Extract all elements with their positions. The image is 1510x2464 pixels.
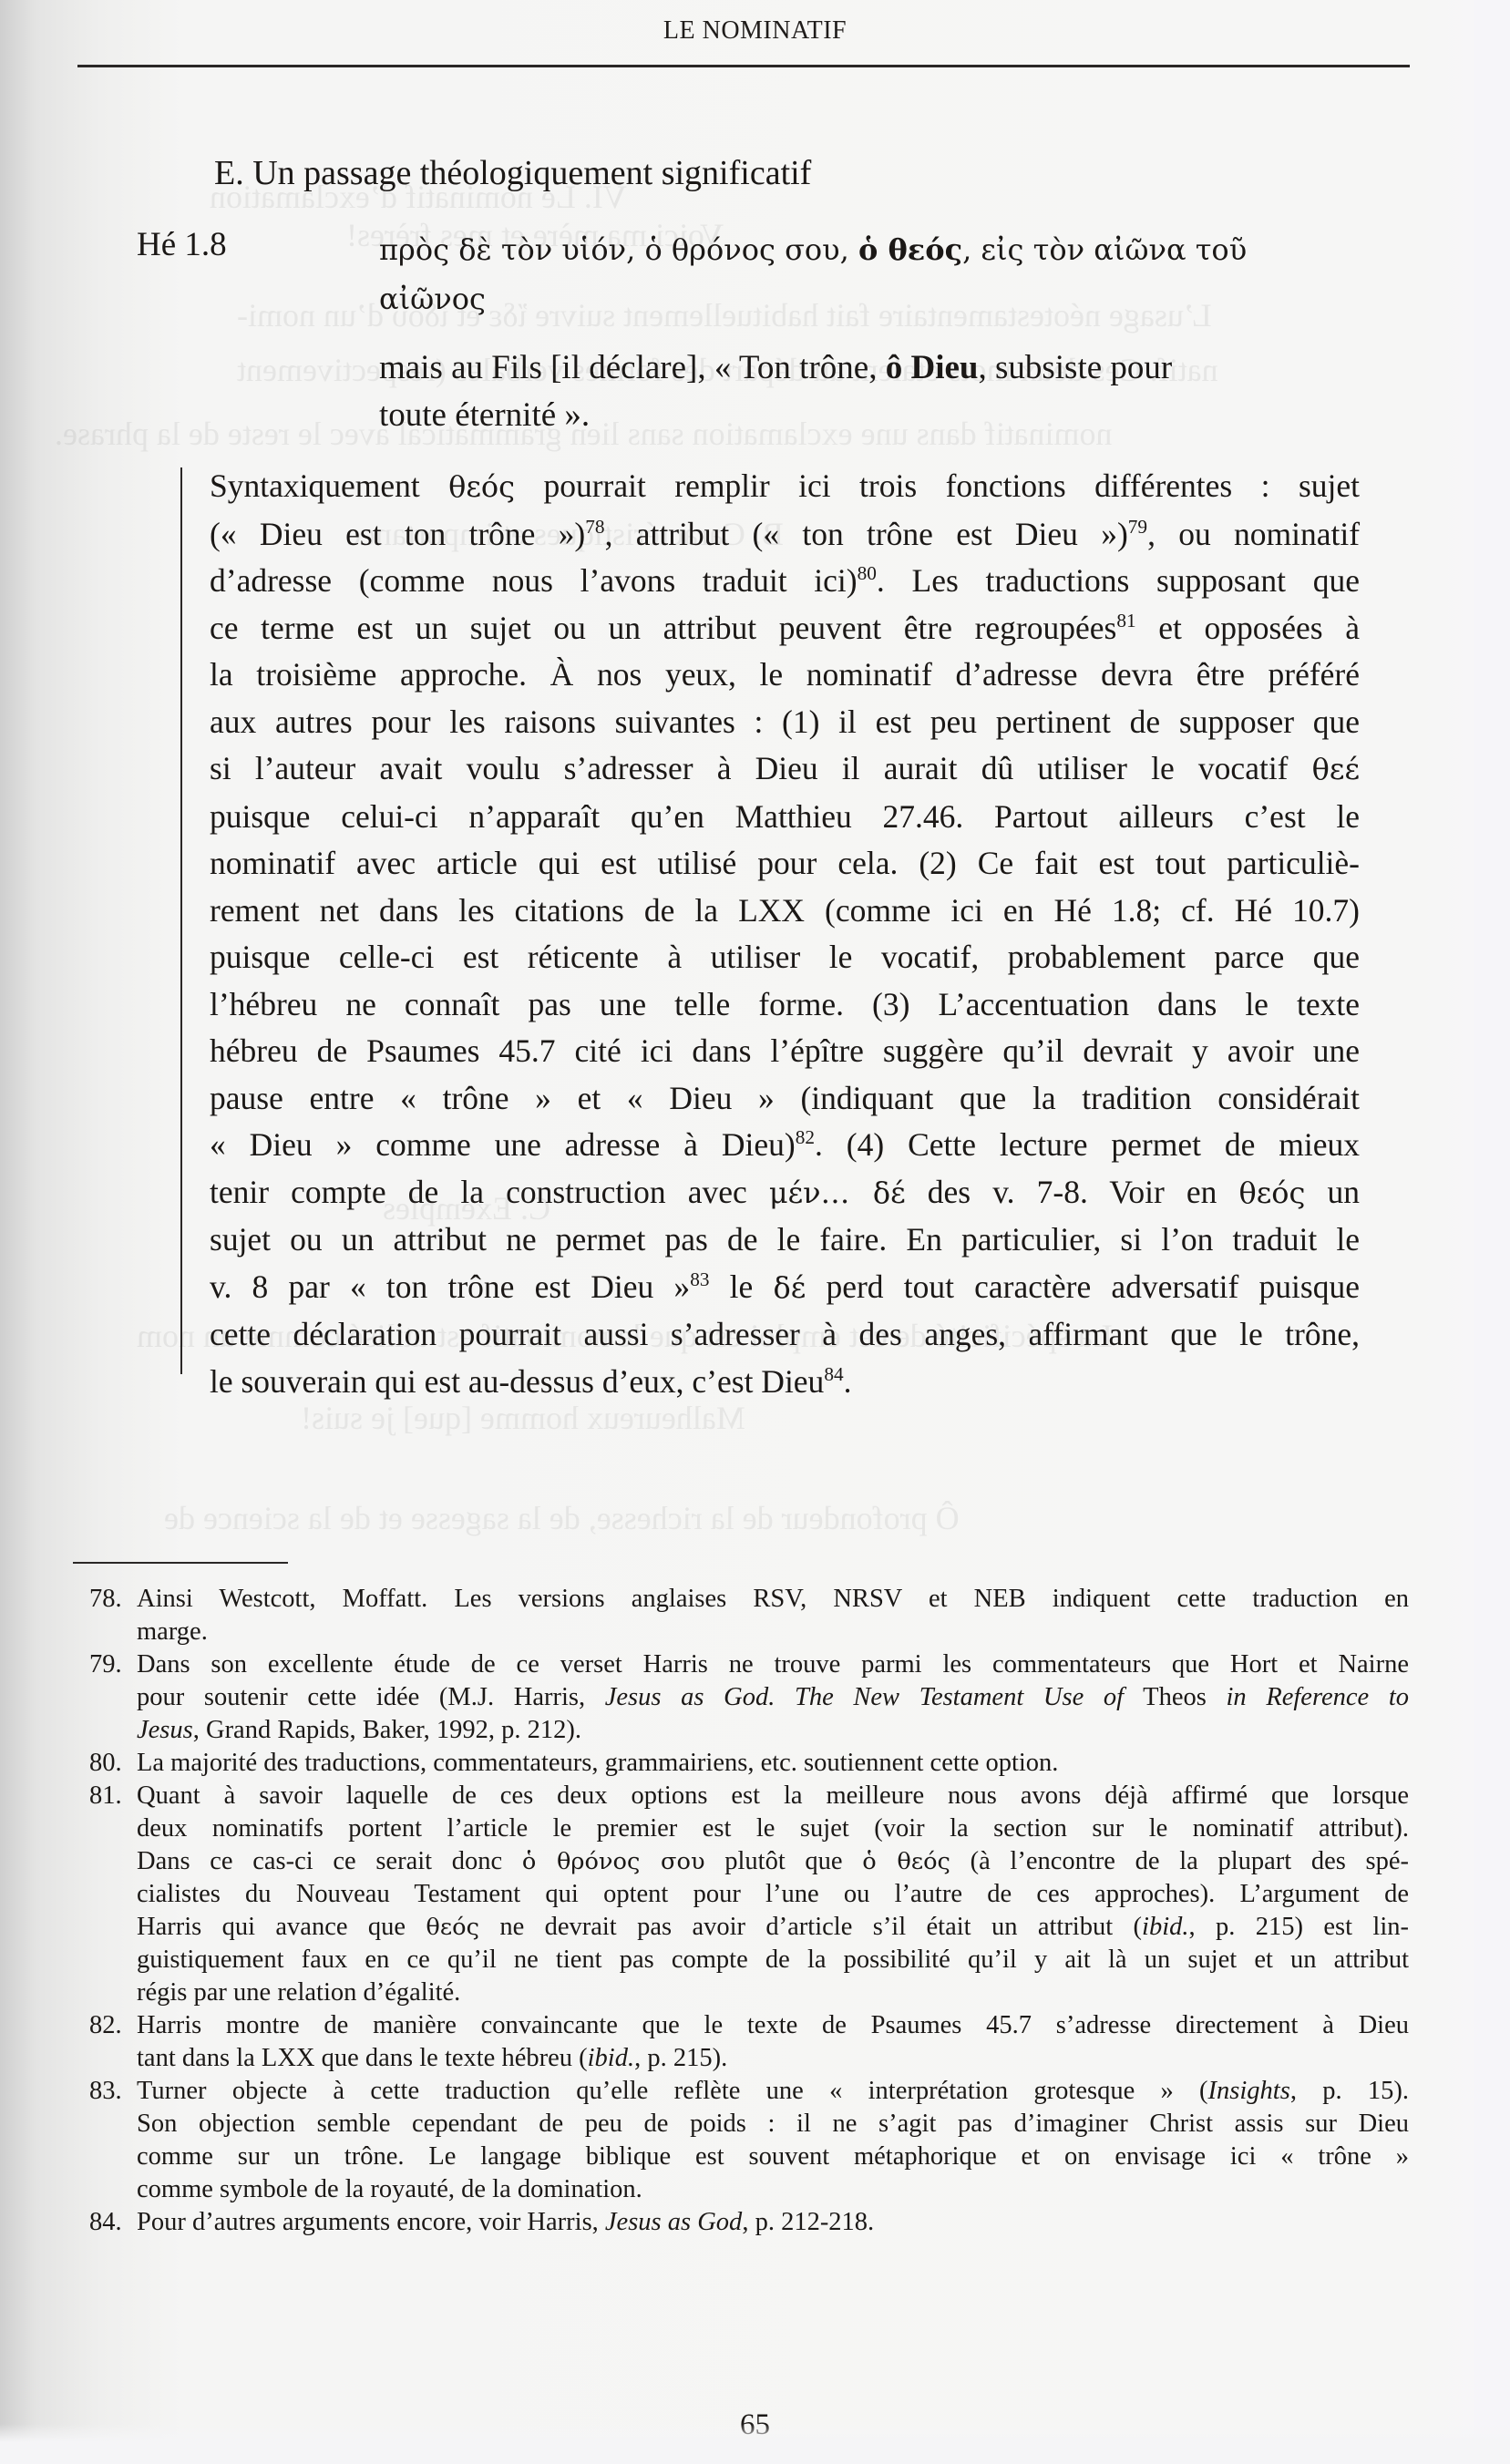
footnote-line: cialistes du Nouveau Testament qui opten…	[137, 1878, 1409, 1911]
italic-title: Jesus as God. The New Testament Use of	[605, 1683, 1124, 1711]
text-run: rement net dans les citations de la LXX …	[210, 892, 1360, 929]
text-run: l’hébreu ne connaît pas une telle forme.…	[210, 986, 1360, 1022]
header-rule	[77, 65, 1410, 67]
text-run: , Grand Rapids, Baker, 1992, p. 212).	[193, 1716, 581, 1744]
footnote-ref[interactable]: 83	[690, 1268, 709, 1290]
discussion-line: « Dieu » comme une adresse à Dieu)82. (4…	[210, 1122, 1360, 1169]
text-run: d’adresse (comme nous l’avons traduit ic…	[210, 562, 858, 599]
text-run: Pour d’autres arguments encore, voir Har…	[137, 2208, 605, 2236]
text-run: plutôt que	[705, 1847, 863, 1875]
footnote-number: 82.	[89, 2009, 135, 2042]
footnote-line: comme symbole de la royauté, de la domin…	[137, 2173, 1409, 2206]
text-run: ce terme est un sujet ou un attribut peu…	[210, 610, 1116, 646]
greek-word: δέ	[774, 1270, 806, 1305]
text-run: Son objection semble cependant de peu de…	[137, 2110, 1409, 2138]
footnote-line: La majorité des traductions, commentateu…	[137, 1747, 1409, 1780]
text-run: un	[1305, 1174, 1360, 1210]
text-run: tenir compte de la construction avec	[210, 1174, 769, 1210]
text-run: pause entre « trône » et « Dieu » (indiq…	[210, 1080, 1360, 1116]
text-run: , p. 215) est lin-	[1189, 1913, 1410, 1941]
discussion-line: pause entre « trône » et « Dieu » (indiq…	[210, 1075, 1360, 1123]
footnote: 83.Turner objecte à cette traduction qu’…	[89, 2075, 1409, 2206]
footnote-number: 83.	[89, 2075, 135, 2108]
italic-title: ibid.	[588, 2044, 634, 2072]
footnote-ref[interactable]: 80	[858, 562, 877, 584]
italic-title: Insights	[1208, 2077, 1290, 2105]
french-translation: mais au Fils [il déclare], « Ton trône, …	[379, 344, 1372, 439]
scan-edge	[1474, 0, 1510, 2464]
footnote-line: Dans ce cas-ci ce serait donc ὁ θρόνος σ…	[137, 1845, 1409, 1878]
footnote: 84.Pour d’autres arguments encore, voir …	[89, 2206, 1409, 2239]
text-run: perd tout caractère adversatif puisque	[806, 1268, 1360, 1305]
discussion-paragraph: Syntaxiquement θεός pourrait remplir ici…	[210, 463, 1360, 1405]
emphasis-theos: ὁ θεός	[858, 232, 962, 267]
footnote-line: comme sur un trône. Le langage biblique …	[137, 2141, 1409, 2173]
text-run: Dans son excellente étude de ce verset H…	[137, 1650, 1409, 1679]
footnote-line: Turner objecte à cette traduction qu’ell…	[137, 2075, 1409, 2108]
discussion-line: si l’auteur avait voulu s’adresser à Die…	[210, 745, 1360, 794]
text-run: Harris qui avance que	[137, 1913, 426, 1941]
italic-title: Jesus as God	[605, 2208, 742, 2236]
greek-word: θεέ	[1312, 752, 1360, 786]
text-run: puisque celle-ci est réticente à utilise…	[210, 939, 1360, 975]
footnote-line: Ainsi Westcott, Moffatt. Les versions an…	[137, 1583, 1409, 1616]
footnote-text: La majorité des traductions, commentateu…	[137, 1747, 1409, 1780]
show-through-text: Ô profondeur de la richesse, de la sages…	[164, 1494, 960, 1542]
footnote: 78.Ainsi Westcott, Moffatt. Les versions…	[89, 1583, 1409, 1648]
text-run: .	[844, 1363, 852, 1400]
footnotes: 78.Ainsi Westcott, Moffatt. Les versions…	[89, 1583, 1409, 2239]
emphasis-dieu: ô Dieu	[886, 349, 979, 386]
text-run: deux nominatifs portent l’article le pre…	[137, 1814, 1409, 1843]
text-run: Ainsi Westcott, Moffatt. Les versions an…	[137, 1585, 1409, 1613]
discussion-line: rement net dans les citations de la LXX …	[210, 888, 1360, 935]
greek-line: αἰῶνος	[379, 274, 1363, 323]
footnote-ref[interactable]: 82	[796, 1126, 815, 1148]
translation-line: toute éternité ».	[379, 392, 1372, 439]
footnote-number: 79.	[89, 1648, 135, 1681]
text-run: , p. 15).	[1290, 2077, 1409, 2105]
text-run: cette déclaration pourrait aussi s’adres…	[210, 1316, 1360, 1352]
text-run: , attribut (« ton trône est Dieu »)	[605, 516, 1128, 552]
text-run: (« Dieu est ton trône »)	[210, 516, 585, 552]
text-run: tant dans la LXX que dans le texte hébre…	[137, 2044, 588, 2072]
footnote-line: régis par une relation d’égalité.	[137, 1976, 1409, 2009]
footnote-text: Pour d’autres arguments encore, voir Har…	[137, 2206, 1409, 2239]
footnote-line: Son objection semble cependant de peu de…	[137, 2108, 1409, 2141]
discussion-line: (« Dieu est ton trône »)78, attribut (« …	[210, 511, 1360, 559]
greek-line: πρὸς δὲ τὸν υἱόν, ὁ θρόνος σου, ὁ θεός, …	[379, 225, 1363, 274]
discussion-line: puisque celle-ci est réticente à utilise…	[210, 934, 1360, 981]
text-run: , p. 212-218.	[742, 2208, 874, 2236]
footnote-text: Quant à savoir laquelle de ces deux opti…	[137, 1780, 1409, 2009]
footnote-line: Jesus, Grand Rapids, Baker, 1992, p. 212…	[137, 1714, 1409, 1747]
discussion-line: ce terme est un sujet ou un attribut peu…	[210, 605, 1360, 652]
discussion-line: d’adresse (comme nous l’avons traduit ic…	[210, 558, 1360, 605]
footnote-line: Quant à savoir laquelle de ces deux opti…	[137, 1780, 1409, 1812]
discussion-line: nominatif avec article qui est utilisé p…	[210, 840, 1360, 888]
text-run: pourrait remplir ici trois fonctions dif…	[515, 467, 1360, 504]
greek-word: ὁ θεός	[862, 1848, 950, 1875]
discussion-line: sujet ou un attribut ne permet pas de le…	[210, 1217, 1360, 1264]
text-run: Turner objecte à cette traduction qu’ell…	[137, 2077, 1208, 2105]
footnote: 79.Dans son excellente étude de ce verse…	[89, 1648, 1409, 1747]
greek-word: θεός	[426, 1914, 479, 1941]
text-run: « Dieu » comme une adresse à Dieu)	[210, 1126, 796, 1163]
discussion-line: cette déclaration pourrait aussi s’adres…	[210, 1311, 1360, 1359]
discussion-line: tenir compte de la construction avec μέν…	[210, 1169, 1360, 1217]
text-run: . Les traductions supposant que	[877, 562, 1360, 599]
text-run: nominatif avec article qui est utilisé p…	[210, 845, 1360, 881]
text-run: Harris montre de manière convaincante qu…	[137, 2011, 1409, 2039]
text-run: cialistes du Nouveau Testament qui opten…	[137, 1880, 1409, 1908]
text-run: régis par une relation d’égalité.	[137, 1978, 460, 2007]
text-run: si l’auteur avait voulu s’adresser à Die…	[210, 750, 1312, 786]
translation-line: mais au Fils [il déclare], « Ton trône, …	[379, 344, 1372, 392]
footnote-text: Dans son excellente étude de ce verset H…	[137, 1648, 1409, 1747]
greek-word: μέν… δέ	[769, 1176, 906, 1210]
footnote-ref[interactable]: 79	[1128, 516, 1147, 538]
footnote-text: Harris montre de manière convaincante qu…	[137, 2009, 1409, 2075]
footnote: 81.Quant à savoir laquelle de ces deux o…	[89, 1780, 1409, 2009]
discussion-line: Syntaxiquement θεός pourrait remplir ici…	[210, 463, 1360, 511]
discussion-line: le souverain qui est au-dessus d’eux, c’…	[210, 1359, 1360, 1406]
footnote-line: Dans son excellente étude de ce verset H…	[137, 1648, 1409, 1681]
footnote-line: guistiquement faux en ce qu’il ne tient …	[137, 1944, 1409, 1976]
text-run: guistiquement faux en ce qu’il ne tient …	[137, 1946, 1409, 1974]
footnote-line: Pour d’autres arguments encore, voir Har…	[137, 2206, 1409, 2239]
text-run: Theos	[1124, 1683, 1226, 1711]
text-run: comme sur un trône. Le langage biblique …	[137, 2142, 1409, 2171]
footnote: 82.Harris montre de manière convaincante…	[89, 2009, 1409, 2075]
text-run: le souverain qui est au-dessus d’eux, c’…	[210, 1363, 824, 1400]
discussion-line: la troisième approche. À nos yeux, le no…	[210, 652, 1360, 699]
text-run: des v. 7-8. Voir en	[906, 1174, 1239, 1210]
discussion-margin-bar	[180, 467, 182, 1374]
discussion-line: hébreu de Psaumes 45.7 cité ici dans l’é…	[210, 1028, 1360, 1075]
italic-title: ibid.	[1142, 1913, 1188, 1941]
text-run: pour soutenir cette idée (M.J. Harris,	[137, 1683, 605, 1711]
text-run: puisque celui-ci n’apparaît qu’en Matthi…	[210, 798, 1360, 835]
footnote-ref[interactable]: 84	[824, 1363, 843, 1385]
scanned-page: VI. Le nominatif d’exclamation Voici ma …	[0, 0, 1510, 2464]
text-run: marge.	[137, 1617, 208, 1646]
discussion-line: v. 8 par « ton trône est Dieu »83 le δέ …	[210, 1264, 1360, 1312]
greek-word: ὁ θρόνος σου	[522, 1848, 705, 1875]
text-run: et opposées à	[1136, 610, 1360, 646]
footnote-rule	[73, 1562, 288, 1564]
text-run: v. 8 par « ton trône est Dieu »	[210, 1268, 690, 1305]
section-heading: E. Un passage théologiquement significat…	[214, 153, 811, 193]
text-run: sujet ou un attribut ne permet pas de le…	[210, 1221, 1360, 1258]
text-run: Syntaxiquement	[210, 467, 448, 504]
footnote-number: 78.	[89, 1583, 135, 1616]
greek-verse-text: πρὸς δὲ τὸν υἱόν, ὁ θρόνος σου, ὁ θεός, …	[379, 225, 1363, 323]
text-run: , ou nominatif	[1147, 516, 1360, 552]
footnote-text: Ainsi Westcott, Moffatt. Les versions an…	[137, 1583, 1409, 1648]
footnote-text: Turner objecte à cette traduction qu’ell…	[137, 2075, 1409, 2206]
discussion-line: puisque celui-ci n’apparaît qu’en Matthi…	[210, 794, 1360, 841]
text-run: hébreu de Psaumes 45.7 cité ici dans l’é…	[210, 1032, 1360, 1069]
italic-title: in Reference to	[1227, 1683, 1410, 1711]
text-run: La majorité des traductions, commentateu…	[137, 1749, 1058, 1777]
text-run: Dans ce cas-ci ce serait donc	[137, 1847, 522, 1875]
greek-word: θεός	[1239, 1176, 1306, 1210]
footnote-line: pour soutenir cette idée (M.J. Harris, J…	[137, 1681, 1409, 1714]
discussion-line: aux autres pour les raisons suivantes : …	[210, 699, 1360, 746]
italic-title: Jesus	[137, 1716, 193, 1744]
text-run: le	[709, 1268, 773, 1305]
text-run: aux autres pour les raisons suivantes : …	[210, 703, 1360, 740]
footnote-ref[interactable]: 81	[1116, 610, 1135, 631]
text-run: . (4) Cette lecture permet de mieux	[815, 1126, 1360, 1163]
text-run: ne devrait pas avoir d’article s’il étai…	[479, 1913, 1142, 1941]
text-run: la troisième approche. À nos yeux, le no…	[210, 656, 1360, 693]
discussion-line: l’hébreu ne connaît pas une telle forme.…	[210, 981, 1360, 1029]
text-run: , p. 215).	[634, 2044, 727, 2072]
footnote-number: 81.	[89, 1780, 135, 1812]
footnote: 80.La majorité des traductions, commenta…	[89, 1747, 1409, 1780]
verse-reference: Hé 1.8	[137, 225, 227, 264]
footnote-number: 80.	[89, 1747, 135, 1780]
footnote-ref[interactable]: 78	[585, 516, 604, 538]
footnote-line: tant dans la LXX que dans le texte hébre…	[137, 2042, 1409, 2075]
running-head: LE NOMINATIF	[0, 16, 1510, 46]
footnote-number: 84.	[89, 2206, 135, 2239]
text-run: comme symbole de la royauté, de la domin…	[137, 2175, 642, 2203]
text-run: (à l’encontre de la plupart des spé-	[950, 1847, 1409, 1875]
footnote-line: Harris montre de manière convaincante qu…	[137, 2009, 1409, 2042]
greek-word: θεός	[448, 469, 515, 504]
footnote-line: marge.	[137, 1616, 1409, 1648]
scan-bottom-edge	[0, 2424, 1510, 2464]
footnote-line: deux nominatifs portent l’article le pre…	[137, 1812, 1409, 1845]
footnote-line: Harris qui avance que θεός ne devrait pa…	[137, 1911, 1409, 1944]
text-run: Quant à savoir laquelle de ces deux opti…	[137, 1781, 1409, 1810]
